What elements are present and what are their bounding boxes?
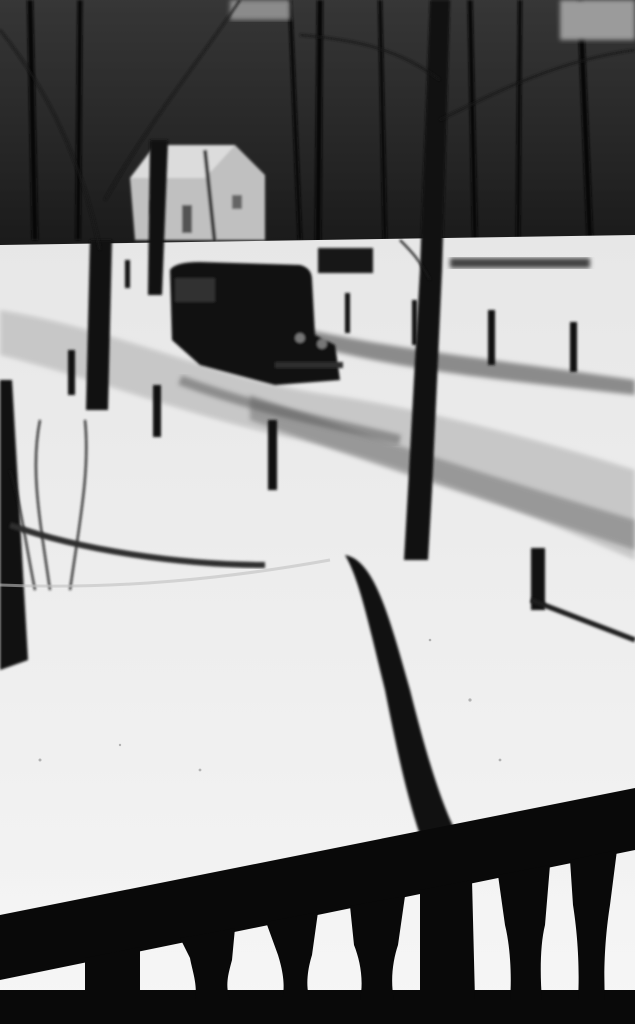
winter-photograph [0,0,635,1024]
